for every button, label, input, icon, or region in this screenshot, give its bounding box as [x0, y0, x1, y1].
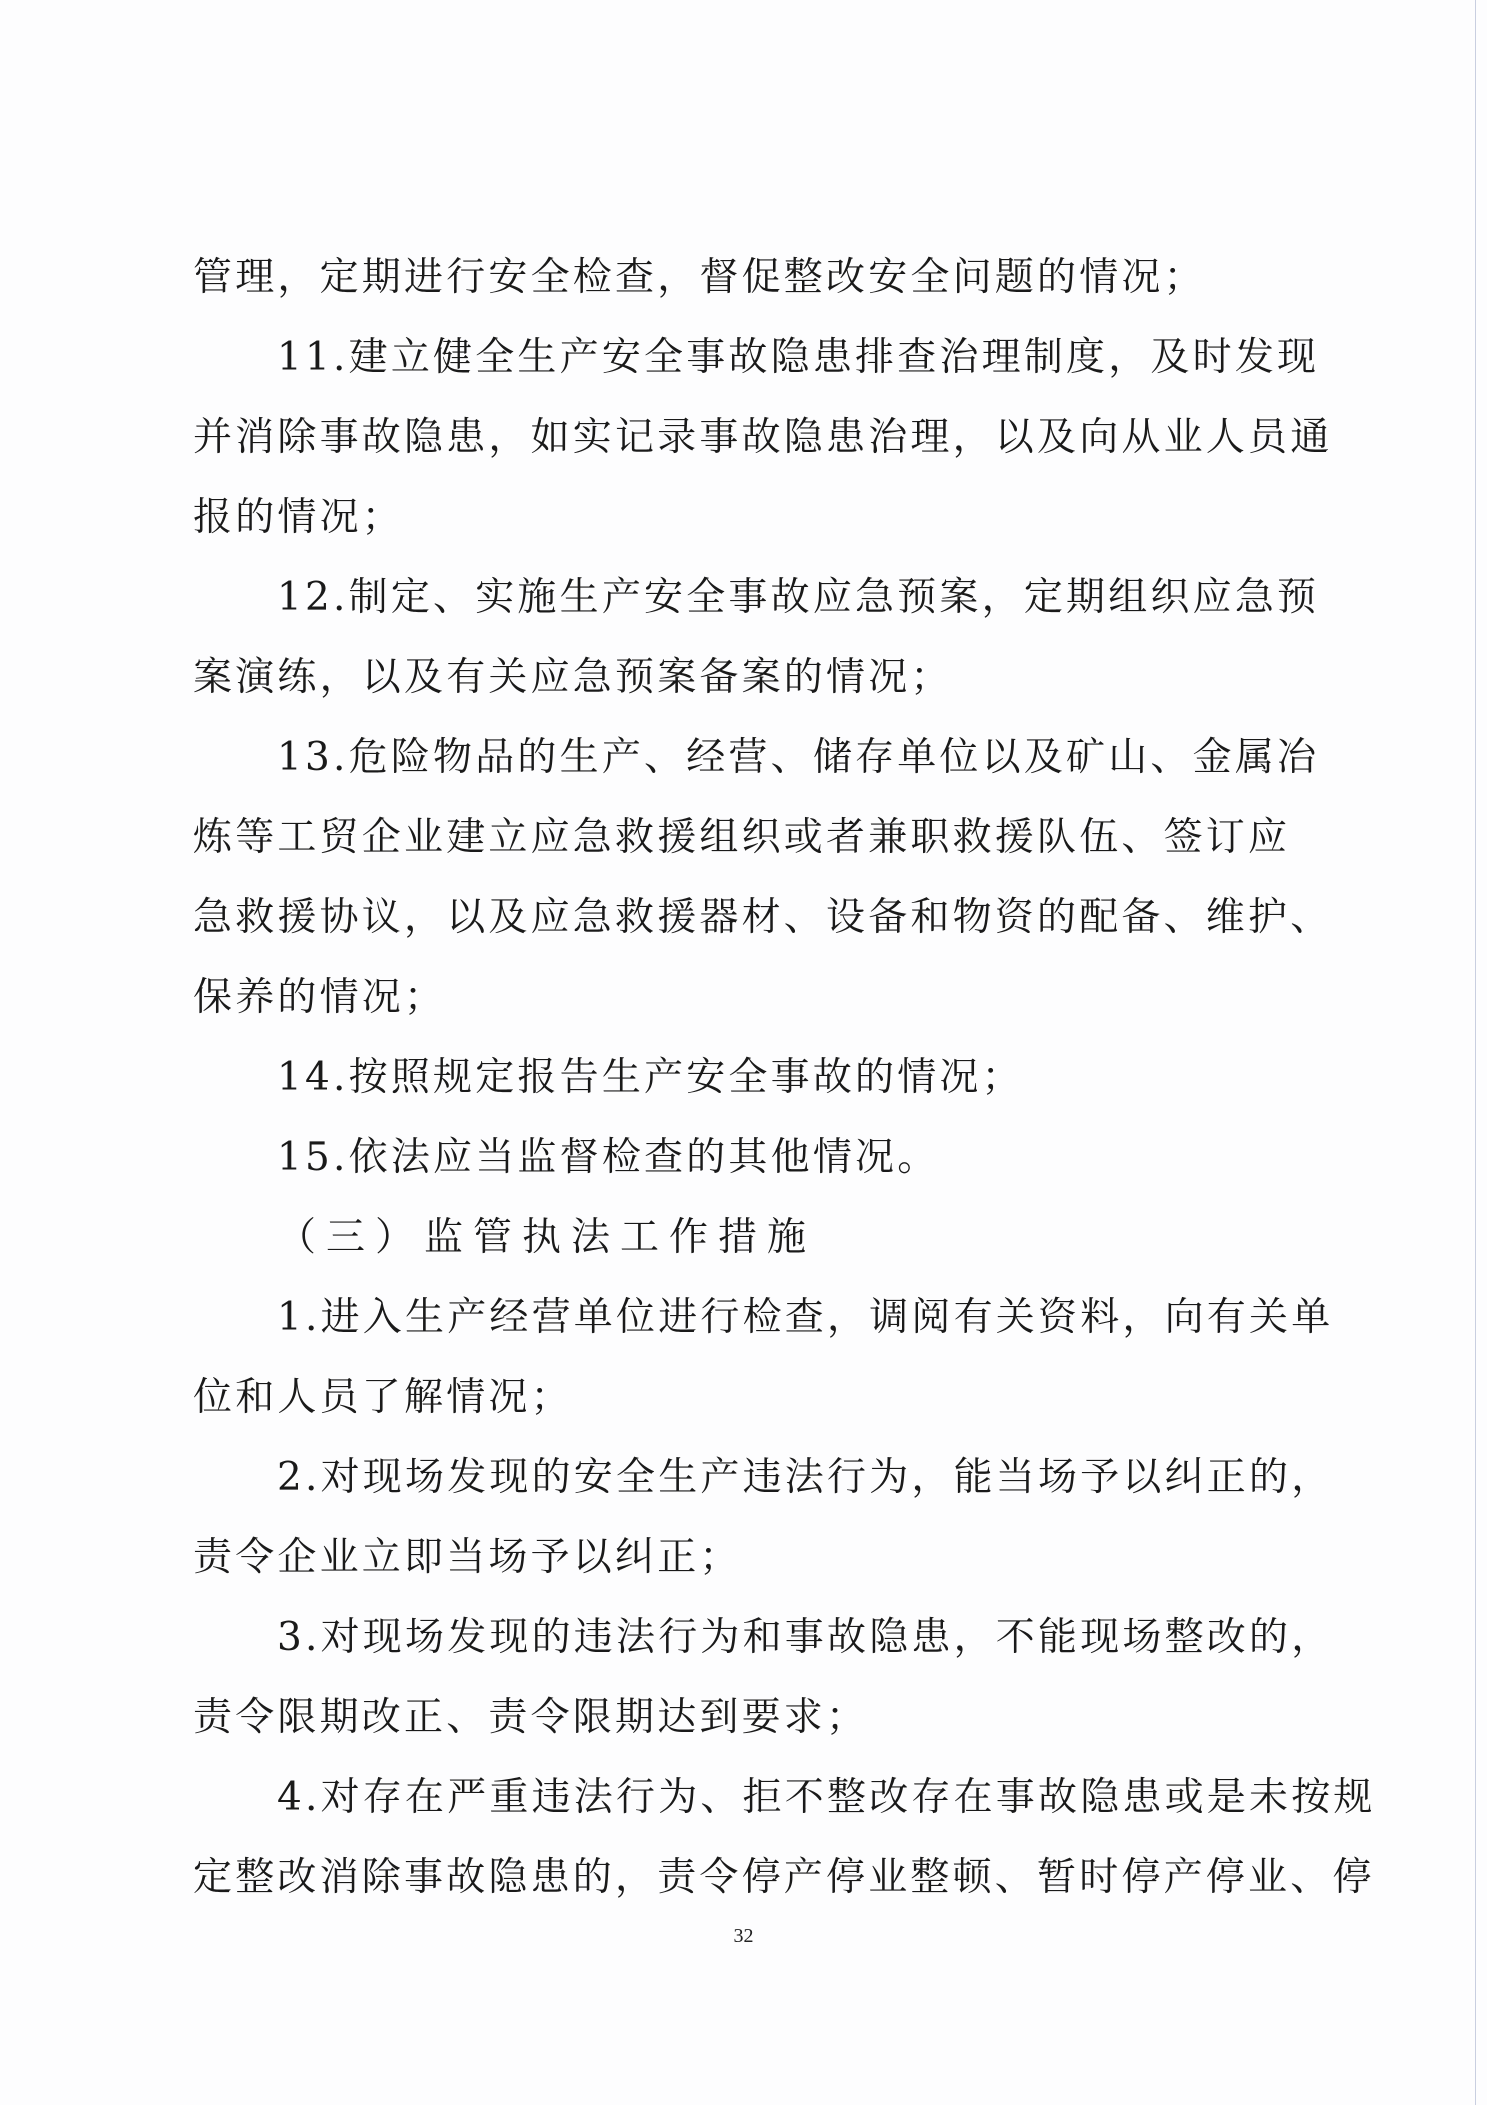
measure-1-line-1: 1.进入生产经营单位进行检查，调阅有关资料，向有关单 — [193, 1278, 1263, 1358]
measure-3-line-2: 责令限期改正、责令限期达到要求； — [193, 1678, 1263, 1758]
item-13-line-1: 13.危险物品的生产、经营、储存单位以及矿山、金属冶 — [193, 718, 1263, 798]
item-12-line-1: 12.制定、实施生产安全事故应急预案，定期组织应急预 — [193, 558, 1263, 638]
scan-edge-line — [1475, 0, 1476, 2105]
paragraph-continuation: 管理，定期进行安全检查，督促整改安全问题的情况； — [193, 238, 1263, 318]
item-11-line-1: 11.建立健全生产安全事故隐患排查治理制度，及时发现 — [193, 318, 1263, 398]
item-14-line-1: 14.按照规定报告生产安全事故的情况； — [193, 1038, 1263, 1118]
measure-4-line-1: 4.对存在严重违法行为、拒不整改存在事故隐患或是未按规 — [193, 1758, 1263, 1838]
item-11-line-3: 报的情况； — [193, 478, 1263, 558]
section-heading: （三）监管执法工作措施 — [193, 1198, 1263, 1278]
item-11-line-2: 并消除事故隐患，如实记录事故隐患治理，以及向从业人员通 — [193, 398, 1263, 478]
item-15-line-1: 15.依法应当监督检查的其他情况。 — [193, 1118, 1263, 1198]
measure-3-line-1: 3.对现场发现的违法行为和事故隐患，不能现场整改的， — [193, 1598, 1263, 1678]
item-13-line-3: 急救援协议，以及应急救援器材、设备和物资的配备、维护、 — [193, 878, 1263, 958]
item-13-line-2: 炼等工贸企业建立应急救援组织或者兼职救援队伍、签订应 — [193, 798, 1263, 878]
measure-4-line-2: 定整改消除事故隐患的，责令停产停业整顿、暂时停产停业、停 — [193, 1838, 1263, 1918]
item-13-line-4: 保养的情况； — [193, 958, 1263, 1038]
measure-2-line-1: 2.对现场发现的安全生产违法行为，能当场予以纠正的， — [193, 1438, 1263, 1518]
measure-1-line-2: 位和人员了解情况； — [193, 1358, 1263, 1438]
item-12-line-2: 案演练，以及有关应急预案备案的情况； — [193, 638, 1263, 718]
document-body: 管理，定期进行安全检查，督促整改安全问题的情况； 11.建立健全生产安全事故隐患… — [193, 238, 1263, 1918]
measure-2-line-2: 责令企业立即当场予以纠正； — [193, 1518, 1263, 1598]
page-number: 32 — [0, 1925, 1487, 1948]
